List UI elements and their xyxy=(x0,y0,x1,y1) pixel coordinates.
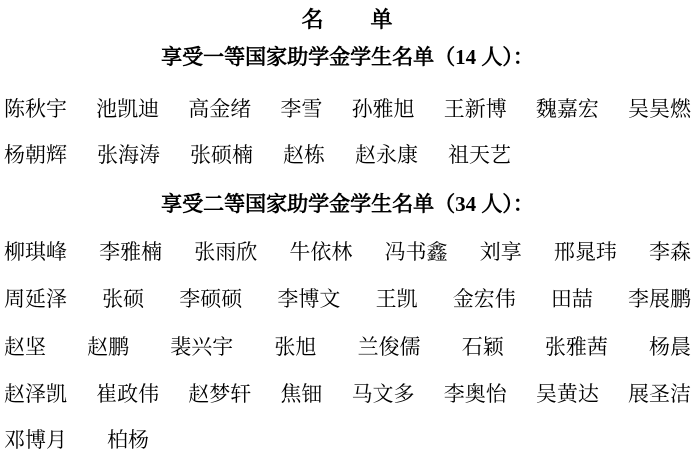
student-name: 魏嘉宏 xyxy=(536,99,599,120)
name-row: 周延泽 张硕 李硕硕 李博文 王凯 金宏伟 田喆 李展鹏 xyxy=(4,289,691,310)
student-name: 周延泽 xyxy=(4,289,67,310)
student-name: 赵梦轩 xyxy=(188,384,251,405)
name-row: 赵泽凯 崔政伟 赵梦轩 焦钿 马文多 李奥怡 吴黄达 展圣洁 xyxy=(4,384,691,405)
student-name: 展圣洁 xyxy=(628,384,691,405)
student-name: 李展鹏 xyxy=(628,289,691,310)
student-name: 杨朝辉 xyxy=(4,145,67,166)
student-name: 李硕硕 xyxy=(179,289,242,310)
student-name: 崔政伟 xyxy=(96,384,159,405)
student-name: 金宏伟 xyxy=(453,289,516,310)
student-name: 池凯迪 xyxy=(96,99,159,120)
student-name: 李森 xyxy=(649,242,691,263)
student-name: 吴昊燃 xyxy=(628,99,691,120)
student-name: 赵鹏 xyxy=(87,337,129,358)
student-name: 柳琪峰 xyxy=(4,242,67,263)
student-name: 马文多 xyxy=(352,384,415,405)
name-row: 邓博月 柏杨 xyxy=(4,430,691,451)
student-name: 李雅楠 xyxy=(99,242,162,263)
name-row: 柳琪峰 李雅楠 张雨欣 牛依林 冯书鑫 刘享 邢晁玮 李森 xyxy=(4,242,691,263)
student-name: 赵永康 xyxy=(355,145,418,166)
student-name: 柏杨 xyxy=(107,430,149,451)
student-name: 李雪 xyxy=(280,99,322,120)
student-name: 祖天艺 xyxy=(448,145,511,166)
student-name: 田喆 xyxy=(551,289,593,310)
student-name: 李奥怡 xyxy=(444,384,507,405)
student-name: 张海涛 xyxy=(97,145,160,166)
student-name: 冯书鑫 xyxy=(385,242,448,263)
student-name: 裴兴宇 xyxy=(170,337,233,358)
student-name: 吴黄达 xyxy=(536,384,599,405)
name-row: 赵坚 赵鹏 裴兴宇 张旭 兰俊儒 石颖 张雅茜 杨晨 xyxy=(4,337,691,358)
student-name: 高金绪 xyxy=(188,99,251,120)
student-name: 孙雅旭 xyxy=(352,99,415,120)
section-1-heading: 享受一等国家助学金学生名单（14 人）： xyxy=(4,47,691,68)
student-name: 李博文 xyxy=(277,289,340,310)
student-name: 赵栋 xyxy=(283,145,325,166)
student-name: 赵坚 xyxy=(4,337,46,358)
student-name: 杨晨 xyxy=(649,337,691,358)
student-name: 刘享 xyxy=(480,242,522,263)
page-title: 名 单 xyxy=(4,9,691,30)
student-name: 邓博月 xyxy=(4,430,67,451)
name-row: 陈秋宇 池凯迪 高金绪 李雪 孙雅旭 王新博 魏嘉宏 吴昊燃 xyxy=(4,99,691,120)
student-name: 张雅茜 xyxy=(545,337,608,358)
student-name: 焦钿 xyxy=(280,384,322,405)
student-name: 王新博 xyxy=(444,99,507,120)
student-name: 张硕楠 xyxy=(190,145,253,166)
student-name: 兰俊儒 xyxy=(358,337,421,358)
student-name: 牛依林 xyxy=(289,242,352,263)
student-name: 赵泽凯 xyxy=(4,384,67,405)
student-name: 张雨欣 xyxy=(194,242,257,263)
student-name: 陈秋宇 xyxy=(4,99,67,120)
student-name: 张硕 xyxy=(102,289,144,310)
name-row: 杨朝辉 张海涛 张硕楠 赵栋 赵永康 祖天艺 xyxy=(4,145,691,166)
student-name: 邢晁玮 xyxy=(554,242,617,263)
document-page: 名 单 享受一等国家助学金学生名单（14 人）： 陈秋宇 池凯迪 高金绪 李雪 … xyxy=(0,0,696,461)
student-name: 石颖 xyxy=(462,337,504,358)
section-2-heading: 享受二等国家助学金学生名单（34 人）： xyxy=(4,194,691,215)
student-name: 王凯 xyxy=(376,289,418,310)
student-name: 张旭 xyxy=(274,337,316,358)
